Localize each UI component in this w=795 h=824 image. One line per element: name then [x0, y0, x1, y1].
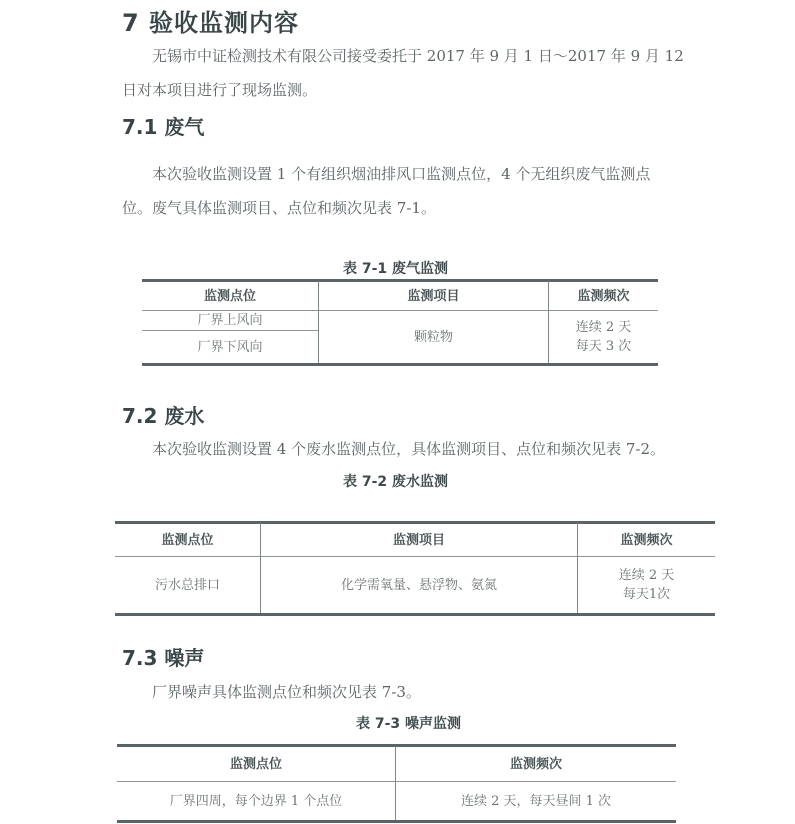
table-7-2: 监测点位 监测项目 监测频次 污水总排口 化学需氧量、悬浮物、氨氮 连续 2 天…	[115, 521, 715, 617]
s73-para: 厂界噪声具体监测点位和频次见表 7-3。	[152, 677, 421, 707]
subsection-title-7-1: 7.1 废气	[122, 111, 204, 140]
table-cell: 污水总排口	[115, 557, 260, 613]
table-cell: 厂界下风向	[142, 331, 318, 363]
freq-line: 连续 2 天	[619, 566, 675, 585]
s71-para-line-2: 位。废气具体监测项目、点位和频次见表 7-1。	[122, 193, 436, 223]
table-cell: 厂界四周，每个边界 1 个点位	[117, 782, 395, 820]
s72-para: 本次验收监测设置 4 个废水监测点位，具体监测项目、点位和频次见表 7-2。	[152, 434, 665, 464]
section-title: 7 验收监测内容	[122, 3, 299, 38]
freq-line: 每天1次	[623, 585, 670, 604]
table-7-2-caption: 表 7-2 废水监测	[343, 471, 448, 491]
table-7-1: 监测点位 监测项目 监测频次 厂界上风向 厂界下风向 颗粒物 连续 2 天 每天…	[142, 279, 658, 366]
header-cell: 监测点位	[117, 747, 395, 781]
header-cell: 监测点位	[142, 282, 318, 310]
table-7-3: 监测点位 监测频次 厂界四周，每个边界 1 个点位 连续 2 天，每天昼间 1 …	[117, 744, 676, 824]
subsection-title-7-3: 7.3 噪声	[122, 642, 204, 671]
table-rule	[142, 363, 658, 366]
intro-line-2: 日对本项目进行了现场监测。	[122, 75, 317, 105]
freq-line: 连续 2 天	[576, 318, 632, 337]
table-cell: 连续 2 天，每天昼间 1 次	[396, 782, 676, 820]
table-cell: 连续 2 天 每天1次	[578, 557, 715, 613]
s71-para-line-1: 本次验收监测设置 1 个有组织烟油排风口监测点位，4 个无组织废气监测点	[152, 159, 650, 189]
table-cell: 化学需氧量、悬浮物、氨氮	[261, 557, 577, 613]
subsection-title-7-2: 7.2 废水	[122, 400, 204, 429]
intro-line-1: 无锡市中证检测技术有限公司接受委托于 2017 年 9 月 1 日～2017 年…	[152, 41, 684, 71]
table-7-3-caption: 表 7-3 噪声监测	[356, 713, 461, 733]
header-cell: 监测项目	[319, 282, 548, 310]
header-cell: 监测点位	[115, 524, 260, 556]
header-cell: 监测频次	[549, 282, 658, 310]
table-cell: 厂界上风向	[142, 311, 318, 330]
table-rule	[117, 820, 676, 823]
table-rule	[115, 613, 715, 616]
freq-line: 每天 3 次	[576, 337, 632, 356]
header-cell: 监测频次	[396, 747, 676, 781]
table-7-1-caption: 表 7-1 废气监测	[343, 258, 448, 278]
header-cell: 监测频次	[578, 524, 715, 556]
table-cell: 颗粒物	[319, 311, 548, 363]
table-cell: 连续 2 天 每天 3 次	[549, 311, 658, 363]
header-cell: 监测项目	[261, 524, 577, 556]
